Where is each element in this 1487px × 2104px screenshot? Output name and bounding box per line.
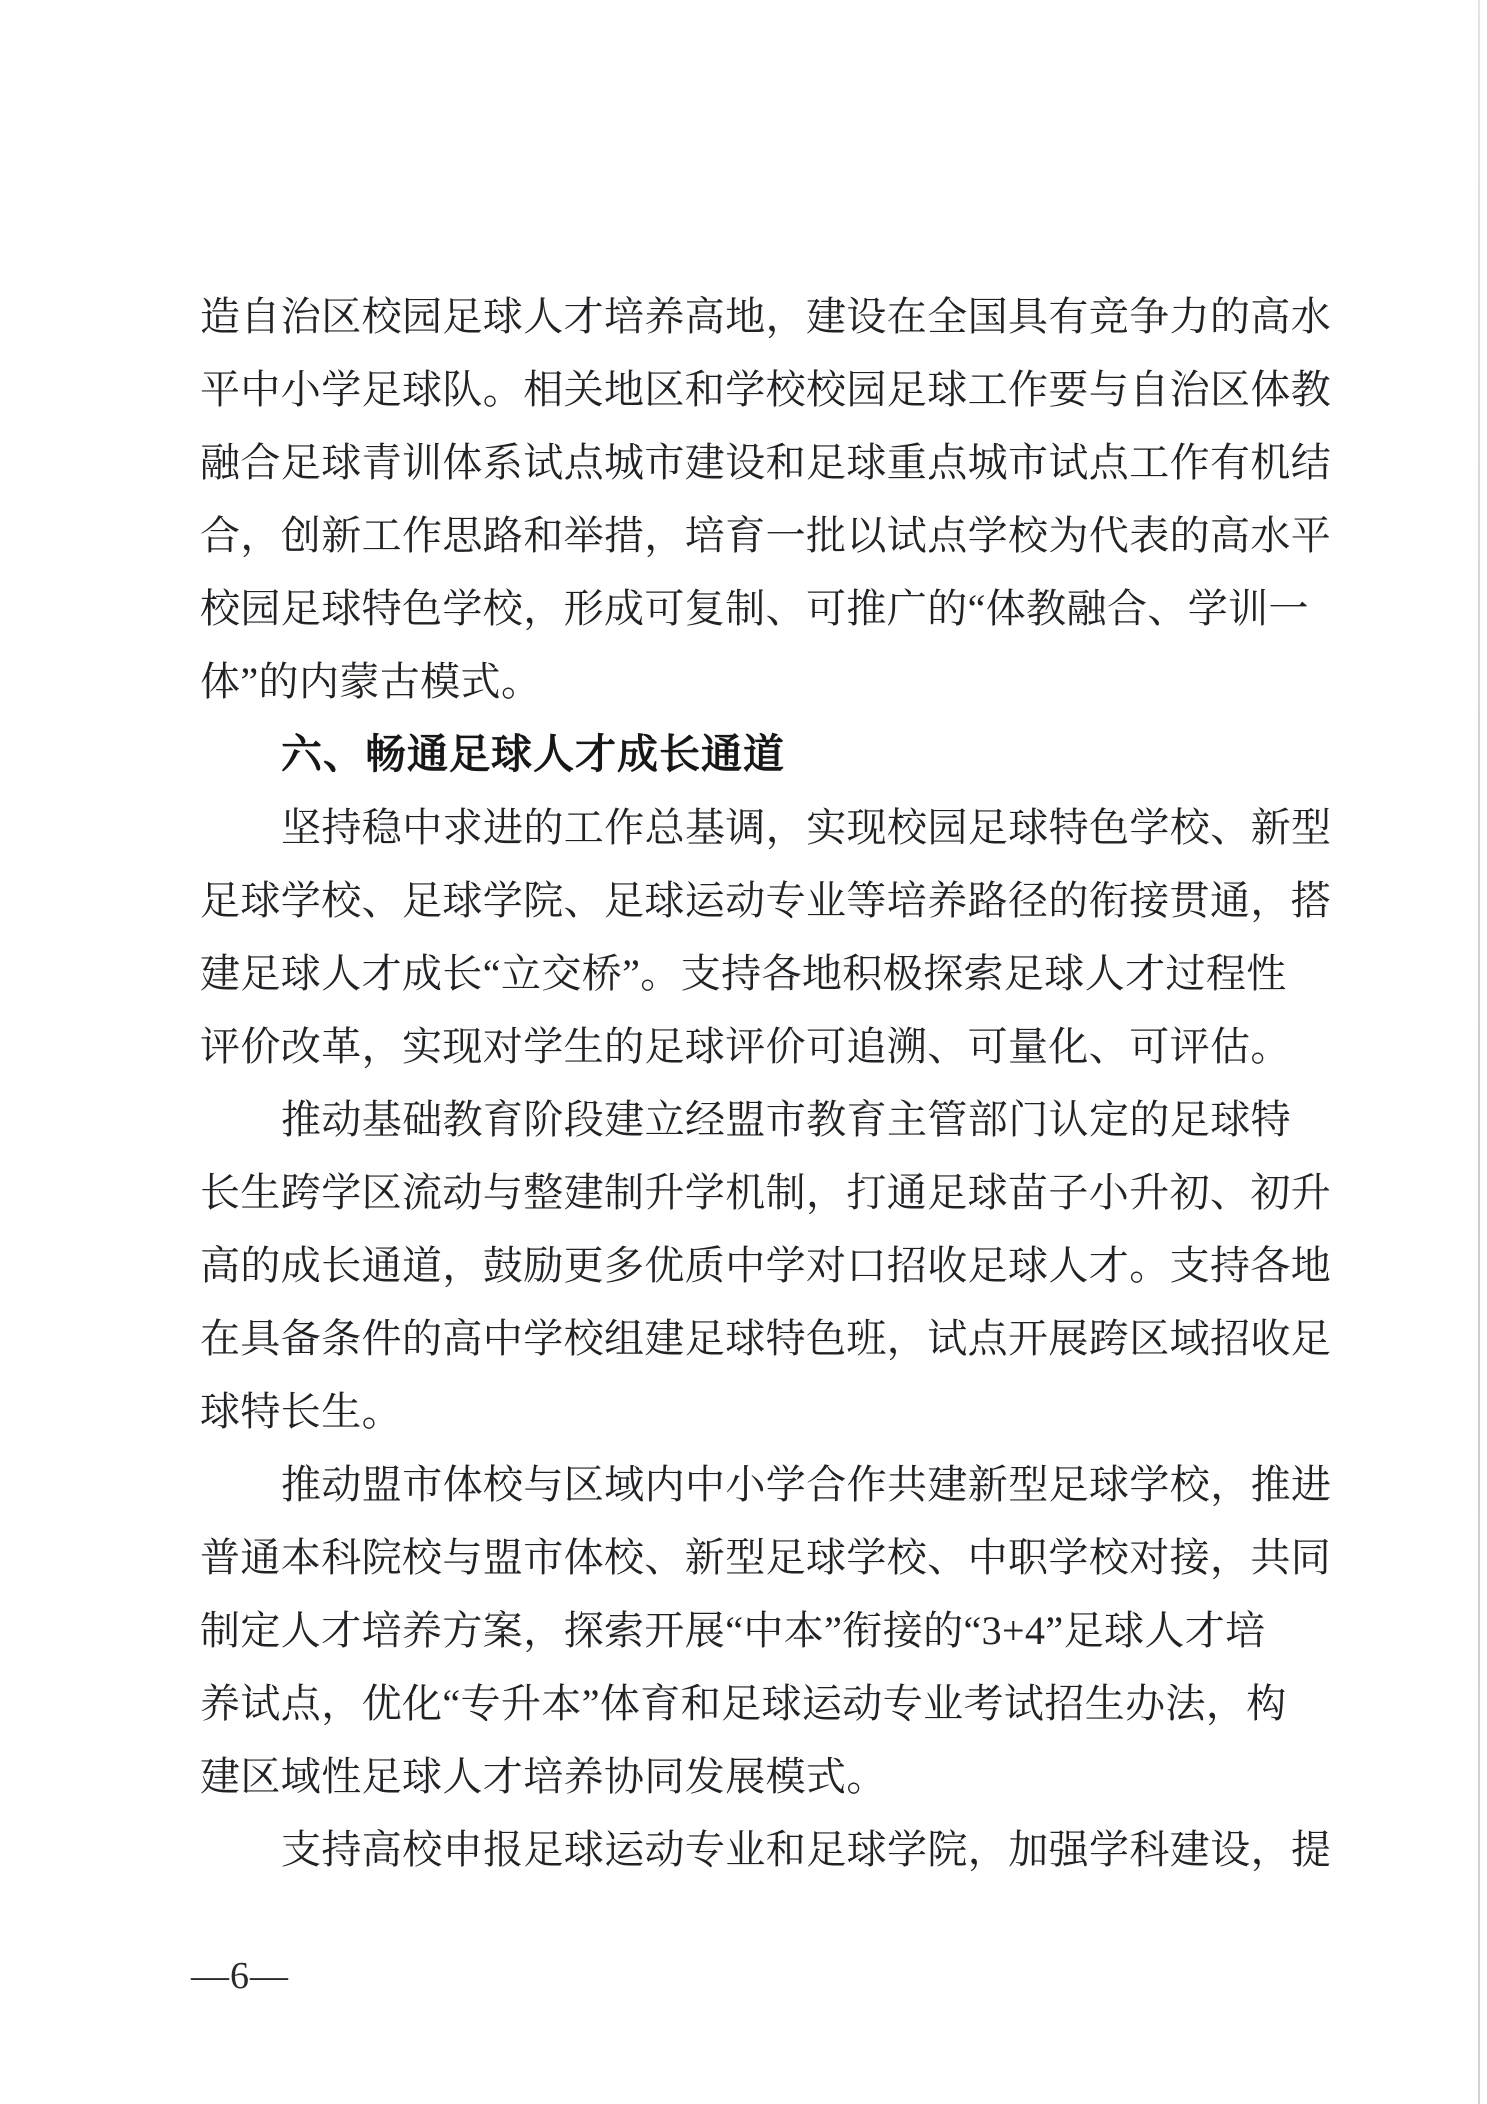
text-line: 融合足球青训体系试点城市建设和足球重点城市试点工作有机结 <box>200 426 1340 499</box>
text-line: 校园足球特色学校，形成可复制、可推广的“体教融合、学训一 <box>200 572 1340 645</box>
text-line: 养试点，优化“专升本”体育和足球运动专业考试招生办法，构 <box>200 1667 1340 1740</box>
text-line: 建区域性足球人才培养协同发展模式。 <box>200 1740 1340 1813</box>
text-line: 制定人才培养方案，探索开展“中本”衔接的“3+4”足球人才培 <box>200 1594 1340 1667</box>
text-line: 在具备条件的高中学校组建足球特色班，试点开展跨区域招收足 <box>200 1302 1340 1375</box>
text-line: 高的成长通道，鼓励更多优质中学对口招收足球人才。支持各地 <box>200 1229 1340 1302</box>
section-heading: 六、畅通足球人才成长通道 <box>200 718 1340 791</box>
text-line: 坚持稳中求进的工作总基调，实现校园足球特色学校、新型 <box>200 791 1340 864</box>
text-line: 长生跨学区流动与整建制升学机制，打通足球苗子小升初、初升 <box>200 1156 1340 1229</box>
scan-edge-artifact <box>1478 0 1480 2104</box>
text-line: 平中小学足球队。相关地区和学校校园足球工作要与自治区体教 <box>200 353 1340 426</box>
page-number: —6— <box>191 1940 289 2013</box>
text-line: 建足球人才成长“立交桥”。支持各地积极探索足球人才过程性 <box>200 937 1340 1010</box>
text-line: 推动盟市体校与区域内中小学合作共建新型足球学校，推进 <box>200 1448 1340 1521</box>
text-line: 足球学校、足球学院、足球运动专业等培养路径的衔接贯通，搭 <box>200 864 1340 937</box>
text-line: 评价改革，实现对学生的足球评价可追溯、可量化、可评估。 <box>200 1010 1340 1083</box>
text-line: 体”的内蒙古模式。 <box>200 645 1340 718</box>
text-line: 普通本科院校与盟市体校、新型足球学校、中职学校对接，共同 <box>200 1521 1340 1594</box>
text-line: 造自治区校园足球人才培养高地，建设在全国具有竞争力的高水 <box>200 280 1340 353</box>
text-line: 支持高校申报足球运动专业和足球学院，加强学科建设，提 <box>200 1813 1340 1886</box>
document-page: 造自治区校园足球人才培养高地，建设在全国具有竞争力的高水 平中小学足球队。相关地… <box>0 0 1487 2104</box>
document-text-block: 造自治区校园足球人才培养高地，建设在全国具有竞争力的高水 平中小学足球队。相关地… <box>200 280 1340 1886</box>
text-line: 推动基础教育阶段建立经盟市教育主管部门认定的足球特 <box>200 1083 1340 1156</box>
text-line: 合，创新工作思路和举措，培育一批以试点学校为代表的高水平 <box>200 499 1340 572</box>
text-line: 球特长生。 <box>200 1375 1340 1448</box>
